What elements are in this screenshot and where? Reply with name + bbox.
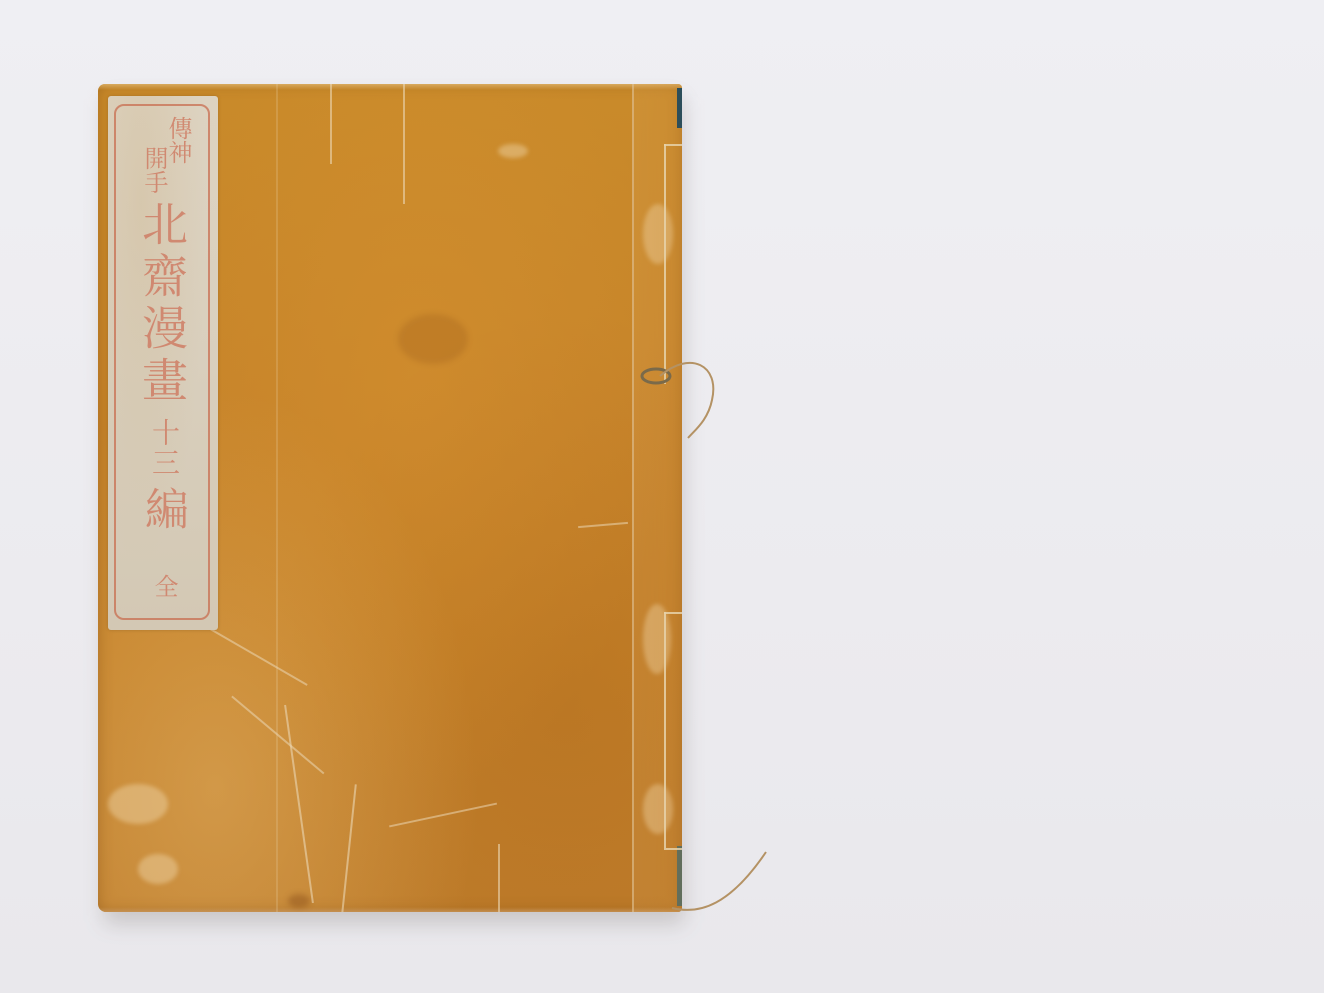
binding-string — [0, 0, 1324, 993]
photo-scene: 傳神 開手 北齋漫畫 十三 編 全 — [0, 0, 1324, 993]
